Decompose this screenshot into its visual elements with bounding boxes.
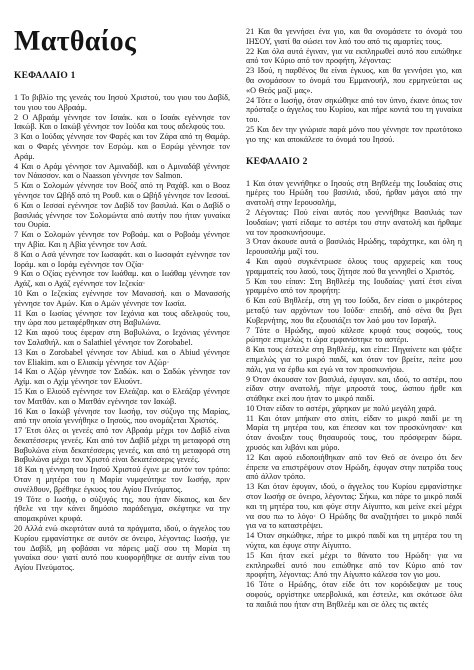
verse-paragraph: 10 Όταν είδαν το αστέρι, χάρηκαν με πολύ…	[246, 404, 462, 414]
verse-paragraph: 16 Και ο Ιακώβ γέννησε τον Ιωσήφ, τον σύ…	[14, 407, 230, 427]
verse-paragraph: 4 Και ο Αράμ γέννησε τον Αμιναδάβ. και ο…	[14, 162, 230, 182]
verse-paragraph: 17 Έτσι όλες οι γενεές από τον Αβραάμ μέ…	[14, 426, 230, 465]
left-column: Ματθαίος ΚΕΦΑΛΑΙΟ 11 Το βιβλίο της γενεά…	[14, 27, 230, 670]
verse-paragraph: 20 Αλλά ενώ σκεφτόταν αυτά τα πράγματα, …	[14, 524, 230, 573]
right-column: 21 Και θα γεννήσει ένα γιο, και θα ονομά…	[246, 27, 462, 670]
verse-paragraph: 6 Και εσύ Βηθλεέμ, στη γη του Ιούδα, δεν…	[246, 296, 462, 325]
verse-paragraph: 1 Το βιβλίο της γενεάς του Ιησού Χριστού…	[14, 93, 230, 113]
book-title: Ματθαίος	[14, 27, 230, 57]
verse-paragraph: 14 Όταν σηκώθηκε, πήρε το μικρό παιδί κα…	[246, 531, 462, 551]
verse-paragraph: 7 Τότε ο Ηρώδης, αφού κάλεσε κρυφά τους …	[246, 326, 462, 346]
verse-paragraph: 5 Και ο Σολομών γέννησε τον Βοόζ από τη …	[14, 181, 230, 201]
verse-paragraph: 12 Και αφού ειδοποιήθηκαν από τον Θεό σε…	[246, 453, 462, 482]
verse-paragraph: 13 Και ο Zorobabel γέννησε τον Abiud. κα…	[14, 348, 230, 368]
verse-paragraph: 8 Και τους έστειλε στη Βηθλεέμ, και είπε…	[246, 345, 462, 374]
verse-paragraph: 3 Και ο Ιούδας γέννησε τον Φαρές και τον…	[14, 132, 230, 161]
verse-paragraph: 22 Και όλα αυτά έγιναν, για να εκπληρωθε…	[246, 47, 462, 67]
verse-paragraph: 8 Και ο Ασά γέννησε τον Ιωσαφάτ. και ο Ι…	[14, 250, 230, 270]
verse-paragraph: 15 Και ο Ελιούδ εγέννησε τον Ελεάζαρ. κα…	[14, 387, 230, 407]
verse-paragraph: 11 Και ο Ιωσίας γέννησε τον Ιεχόνια και …	[14, 309, 230, 329]
verse-paragraph: 16 Τότε ο Ηρώδης, όταν είδε ότι τον κορό…	[246, 580, 462, 609]
verse-paragraph: 24 Τότε ο Ιωσήφ, όταν σηκώθηκε από τον ύ…	[246, 96, 462, 125]
chapter-heading: ΚΕΦΑΛΑΙΟ 1	[14, 71, 230, 82]
verse-paragraph: 9 Όταν άκουσαν τον βασιλιά, έφυγαν. και,…	[246, 375, 462, 404]
verse-paragraph: 12 Και αφού τους έφεραν στη Βαβυλώνα, ο …	[14, 328, 230, 348]
verse-paragraph: 18 Και η γέννηση του Ιησού Χριστού έγινε…	[14, 465, 230, 494]
chapter-heading: ΚΕΦΑΛΑΙΟ 2	[246, 157, 462, 168]
verse-paragraph: 5 Και του είπαν: Στη Βηθλεέμ της Ιουδαία…	[246, 277, 462, 297]
verse-paragraph: 23 Ιδού, η παρθένος θα είναι έγκυος, και…	[246, 66, 462, 95]
right-column-text: 21 Και θα γεννήσει ένα γιο, και θα ονομά…	[246, 27, 462, 610]
verse-paragraph: 7 Και ο Σολομών γέννησε τον Ροβοάμ. και …	[14, 230, 230, 250]
verse-paragraph: 21 Και θα γεννήσει ένα γιο, και θα ονομά…	[246, 27, 462, 47]
verse-paragraph: 6 Και ο Ιεσσαί εγέννησε τον Δαβίδ τον βα…	[14, 201, 230, 230]
verse-paragraph: 11 Και όταν μπήκαν στο σπίτι, είδαν το μ…	[246, 414, 462, 453]
verse-paragraph: 1 Και όταν γεννήθηκε ο Ιησούς στη Βηθλεέ…	[246, 179, 462, 208]
verse-paragraph: 25 Και δεν την γνώρισε παρά μόνο που γέν…	[246, 125, 462, 145]
verse-paragraph: 14 Και ο Αζώρ γέννησε τον Σαδώκ. και ο Σ…	[14, 367, 230, 387]
verse-paragraph: 2 Ο Αβραάμ γέννησε τον Ισαάκ. και ο Ισαά…	[14, 113, 230, 133]
verse-paragraph: 9 Και ο Οζίας εγέννησε τον Ιωάθαμ. και ο…	[14, 269, 230, 289]
verse-paragraph: 2 Λέγοντας: Πού είναι αυτός που γεννήθηκ…	[246, 208, 462, 237]
verse-paragraph: 13 Και όταν έφυγαν, ιδού, ο άγγελος του …	[246, 482, 462, 531]
left-column-text: ΚΕΦΑΛΑΙΟ 11 Το βιβλίο της γενεάς του Ιησ…	[14, 71, 230, 573]
verse-paragraph: 15 Και ήταν εκεί μέχρι το θάνατο του Ηρώ…	[246, 551, 462, 580]
verse-paragraph: 10 Και ο Ιεζεκίας εγέννησε τον Μανασσή. …	[14, 289, 230, 309]
document-page: Ματθαίος ΚΕΦΑΛΑΙΟ 11 Το βιβλίο της γενεά…	[0, 0, 474, 670]
verse-paragraph: 4 Και αφού συγκέντρωσε όλους τους αρχιερ…	[246, 257, 462, 277]
verse-paragraph: 3 Όταν άκουσε αυτά ο βασιλιάς Ηρώδης, τα…	[246, 237, 462, 257]
verse-paragraph: 19 Τότε ο Ιωσήφ, ο σύζυγός της, που ήταν…	[14, 495, 230, 524]
